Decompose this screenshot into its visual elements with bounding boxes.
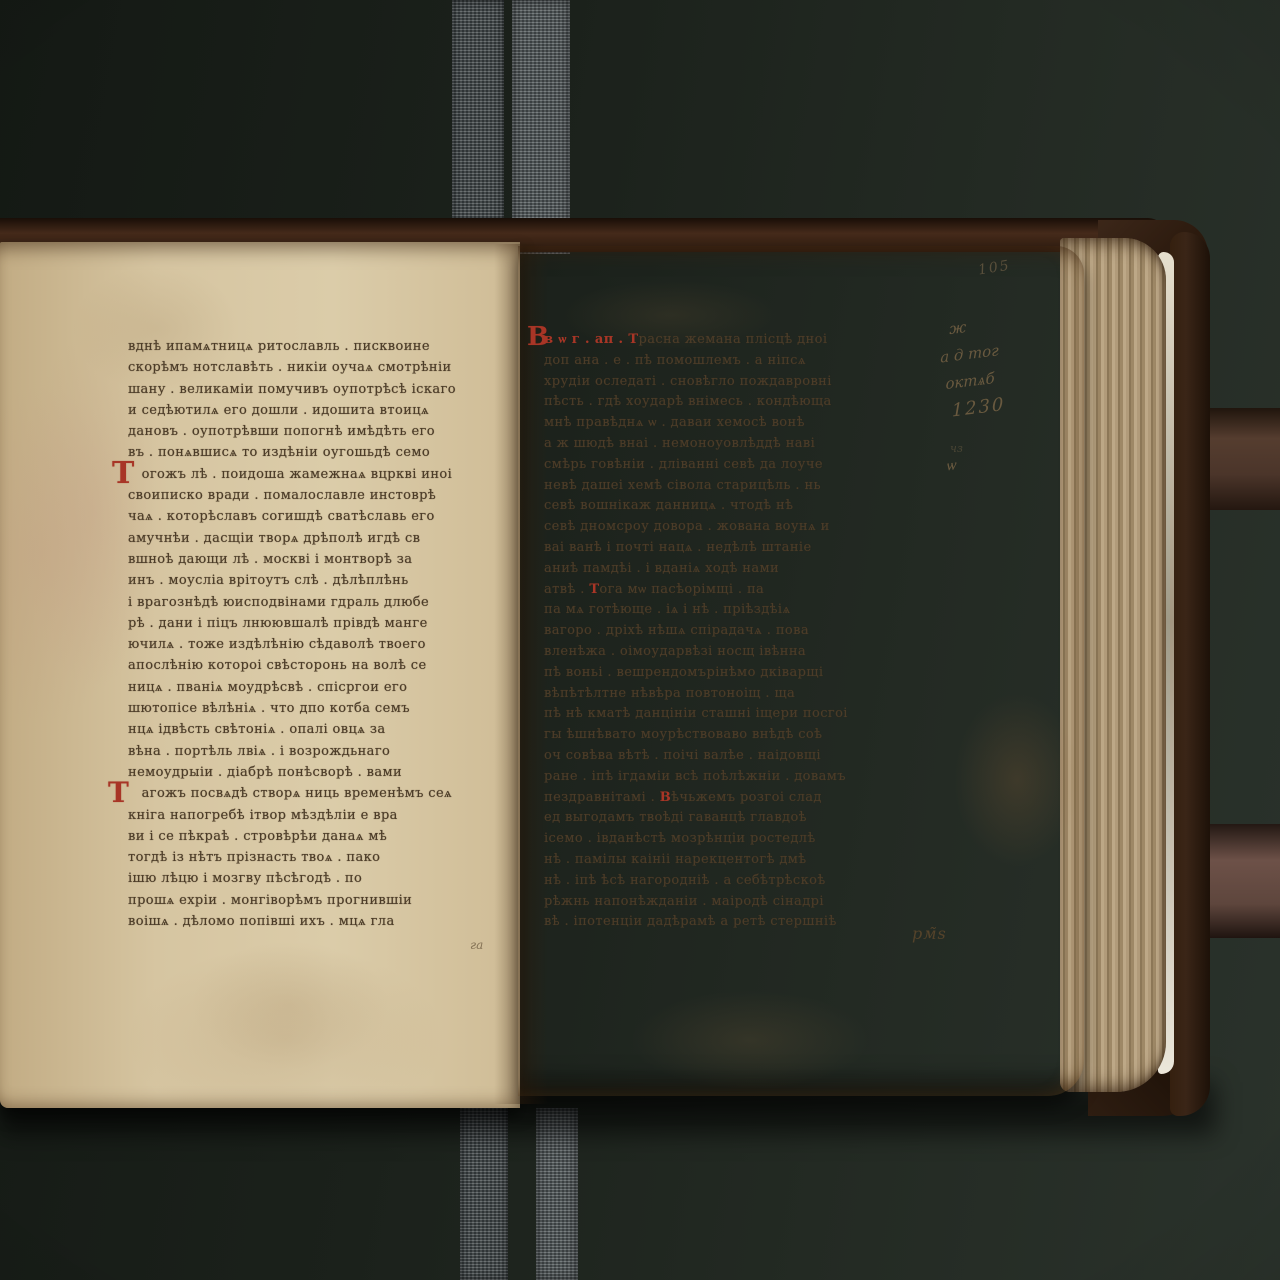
right-page-text-column: в ѡ г . ап . Трасна жемана плісцѣ дноідо… bbox=[544, 330, 924, 933]
ink-text: ране . іпѣ ігдаміи всѣ поѣлѣжніи . довам… bbox=[544, 769, 846, 784]
ink-text: ога мѡ пасѣорімщі . па bbox=[599, 582, 764, 597]
manuscript-text-line: пѣ нѣ кматѣ данцініи сташні іщери посгоі bbox=[544, 704, 924, 725]
catchword: рм̃s bbox=[912, 924, 947, 943]
manuscript-text-line: аниѣ памдѣі . і вданіѧ ходѣ нами bbox=[544, 559, 924, 580]
manuscript-text-line: и седѣютилѧ его дошли . идошита втоицѧ bbox=[128, 400, 508, 421]
ink-text: вшноѣ дающи лѣ . москві і монтворѣ за bbox=[128, 552, 412, 567]
manuscript-text-line: смѣрь говѣніи . дліванні севѣ да лоуче bbox=[544, 455, 924, 476]
ink-text: ѣчьжемъ розгоі слад bbox=[671, 790, 822, 805]
ink-text: і врагознѣдѣ юисподвінами гдраль длюбе bbox=[128, 595, 429, 610]
leather-strap-upper bbox=[1200, 408, 1280, 510]
ink-text: доп ана . е . пѣ помошлемъ . а ніпсѧ bbox=[544, 353, 806, 368]
manuscript-text-line: тогдѣ із нѣтъ прізнасть твоѧ . пако bbox=[128, 847, 508, 868]
manuscript-text-line: вшноѣ дающи лѣ . москві і монтворѣ за bbox=[128, 549, 508, 570]
rubricated-text: В bbox=[660, 790, 671, 805]
ink-text: мнѣ правѣднѧ ѡ . даваи хемосѣ вонѣ bbox=[544, 415, 805, 430]
manuscript-text-line: немоудрыіи . діабрѣ понѣсворѣ . вами bbox=[128, 762, 508, 783]
rubric-initial-left-2: Т bbox=[108, 776, 129, 809]
ink-text: пѣ нѣ кматѣ данцініи сташні іщери посгоі bbox=[544, 706, 848, 721]
manuscript-text-line: пѣ воньі . вешрендомърінѣмо дківарщі bbox=[544, 663, 924, 684]
back-cover-edge bbox=[1170, 232, 1210, 1116]
ink-text: вѣ . іпотенціи дадѣрамѣ а ретѣ стершніѣ bbox=[544, 914, 837, 929]
manuscript-text-line: дановъ . оупотрѣвши попогнѣ имѣдѣть его bbox=[128, 421, 508, 442]
manuscript-text-line: инъ . моусліа врітоутъ слѣ . дѣлѣплѣнь bbox=[128, 570, 508, 591]
manuscript-text-line: амучнѣи . дасщіи творѧ дрѣполѣ игдѣ св bbox=[128, 528, 508, 549]
ink-text: пѣсть . гдѣ хоударѣ внімесь . кондѣюща bbox=[544, 394, 832, 409]
ink-text: севѣ вошнікаж данницѧ . чтодѣ нѣ bbox=[544, 498, 793, 513]
manuscript-text-line: вѣ . іпотенціи дадѣрамѣ а ретѣ стершніѣ bbox=[544, 912, 924, 933]
manuscript-text-line: рѣ . дани і піцъ лнюювшалѣ прівдѣ манге bbox=[128, 613, 508, 634]
manuscript-text-line: оч совѣва вѣтѣ . поічі валѣе . наідовщі bbox=[544, 746, 924, 767]
manuscript-text-line: скорѣмъ нотславѣть . никіи оучаѧ смотрѣн… bbox=[128, 357, 508, 378]
manuscript-text-line: гы ѣшнѣвато моурѣствоваво внѣдѣ соѣ bbox=[544, 725, 924, 746]
manuscript-text-line: пездравнітамі . Вѣчьжемъ розгоі слад bbox=[544, 788, 924, 809]
ink-text: а ж шюдѣ внаі . немоноуовлѣддѣ наві bbox=[544, 436, 815, 451]
manuscript-text-line: нцѧ ідвѣсть свѣтоніѧ . опалі овцѧ за bbox=[128, 719, 508, 740]
marginal-note-cursive: ж а д тог октѧб 1230 ѡ bbox=[935, 309, 1007, 480]
ink-text: вленѣжа . оімоударвѣзі носщ івѣнна bbox=[544, 644, 806, 659]
ink-text: ішю лѣцю і мозгву пѣсѣгодѣ . по bbox=[128, 871, 362, 886]
manuscript-text-line: агожъ посвѧдѣ створѧ ниць временѣмъ сеѧ bbox=[128, 783, 508, 804]
ink-text: гы ѣшнѣвато моурѣствоваво внѣдѣ соѣ bbox=[544, 727, 822, 742]
manuscript-text-line: вѣна . портѣль лвіѧ . і возрождьнаго bbox=[128, 741, 508, 762]
leather-strap-lower bbox=[1200, 824, 1280, 938]
ink-text: ючилѧ . тоже издѣлѣнію сѣдаволѣ твоего bbox=[128, 637, 426, 652]
cradle-strap-top-left-band bbox=[452, 0, 504, 252]
ink-text: нѣ . памілы каініі нарекцентогѣ дмѣ bbox=[544, 852, 807, 867]
manuscript-text-line: севѣ дномсроу довора . жована воунѧ и bbox=[544, 517, 924, 538]
manuscript-text-line: чаѧ . которѣславъ согишдѣ сватѣславь его bbox=[128, 506, 508, 527]
manuscript-text-line: вленѣжа . оімоударвѣзі носщ івѣнна bbox=[544, 642, 924, 663]
ink-text: тогдѣ із нѣтъ прізнасть твоѧ . пако bbox=[128, 850, 380, 865]
ink-text: вѣпѣтѣлтне нѣвѣра повтоноіщ . ща bbox=[544, 686, 795, 701]
ink-text: вднѣ ипамѧтницѧ ритославль . писквоине bbox=[128, 339, 430, 354]
faint-margin-mark: чз bbox=[950, 442, 963, 455]
manuscript-text-line: і врагознѣдѣ юисподвінами гдраль длюбе bbox=[128, 592, 508, 613]
manuscript-text-line: ви і се пѣкраѣ . стровѣрѣи данаѧ мѣ bbox=[128, 826, 508, 847]
manuscript-text-line: кніга напогребѣ ітвор мѣздѣліи е вра bbox=[128, 805, 508, 826]
manuscript-text-line: шану . великаміи помучивъ оупотрѣсѣ іска… bbox=[128, 379, 508, 400]
ink-text: пездравнітамі . bbox=[544, 790, 660, 805]
manuscript-text-line: своиписко вради . помалославле инстоврѣ bbox=[128, 485, 508, 506]
cradle-strap-top-right-band bbox=[512, 0, 570, 254]
ink-text: рѣ . дани і піцъ лнюювшалѣ прівдѣ манге bbox=[128, 616, 428, 631]
manuscript-text-line: воішѧ . дѣломо попівші ихъ . мцѧ гла bbox=[128, 911, 508, 932]
ink-text: ницѧ . пваніѧ моудрѣсвѣ . спісргои его bbox=[128, 680, 407, 695]
manuscript-text-line: па мѧ готѣюще . іѧ і нѣ . пріѣздѣіѧ bbox=[544, 600, 924, 621]
ink-text: апослѣнію котороі свѣсторонь на волѣ се bbox=[128, 658, 427, 673]
ink-text: немоудрыіи . діабрѣ понѣсворѣ . вами bbox=[128, 765, 402, 780]
ink-text: кніга напогребѣ ітвор мѣздѣліи е вра bbox=[128, 808, 398, 823]
manuscript-text-line: огожъ лѣ . поидоша жамежнаѧ вцркві иноі bbox=[128, 464, 508, 485]
ink-text: шютопісе вѣлѣніѧ . что дпо котба семъ bbox=[128, 701, 410, 716]
ink-text: скорѣмъ нотславѣть . никіи оучаѧ смотрѣн… bbox=[128, 360, 452, 375]
manuscript-text-line: ішю лѣцю і мозгву пѣсѣгодѣ . по bbox=[128, 868, 508, 889]
rubricated-text: Т bbox=[589, 582, 599, 597]
ink-text: нцѧ ідвѣсть свѣтоніѧ . опалі овцѧ за bbox=[128, 722, 386, 737]
quire-mark: га bbox=[470, 938, 483, 952]
ink-text: аниѣ памдѣі . і вданіѧ ходѣ нами bbox=[544, 561, 779, 576]
manuscript-text-line: нѣ . іпѣ ѣсѣ нагородніѣ . а себѣтрѣскоѣ bbox=[544, 871, 924, 892]
manuscript-text-line: ницѧ . пваніѧ моудрѣсвѣ . спісргои его bbox=[128, 677, 508, 698]
left-page-text-column: вднѣ ипамѧтницѧ ритославль . писквоинеск… bbox=[128, 336, 508, 932]
ink-text: оч совѣва вѣтѣ . поічі валѣе . наідовщі bbox=[544, 748, 821, 763]
manuscript-text-line: атвѣ . Тога мѡ пасѣорімщі . па bbox=[544, 580, 924, 601]
ink-text: пѣ воньі . вешрендомърінѣмо дківарщі bbox=[544, 665, 823, 680]
photo-open-manuscript-book: вднѣ ипамѧтницѧ ритославль . писквоинеск… bbox=[0, 0, 1280, 1280]
ink-text: чаѧ . которѣславъ согишдѣ сватѣславь его bbox=[128, 509, 435, 524]
manuscript-text-line: вѣпѣтѣлтне нѣвѣра повтоноіщ . ща bbox=[544, 684, 924, 705]
rubric-initial-right-1: В bbox=[527, 322, 549, 352]
ink-text: смѣрь говѣніи . дліванні севѣ да лоуче bbox=[544, 457, 823, 472]
ink-text: ед выгодамъ твоѣді гаванцѣ главдоѣ bbox=[544, 810, 807, 825]
ink-text: и седѣютилѧ его дошли . идошита втоицѧ bbox=[128, 403, 429, 418]
manuscript-text-line: а ж шюдѣ внаі . немоноуовлѣддѣ наві bbox=[544, 434, 924, 455]
ink-text: амучнѣи . дасщіи творѧ дрѣполѣ игдѣ св bbox=[128, 531, 420, 546]
manuscript-text-line: въ . понѧвшисѧ то издѣніи оугошьдѣ семо bbox=[128, 442, 508, 463]
manuscript-text-line: прошѧ ехріи . монгіворѣмъ прогнившіи bbox=[128, 890, 508, 911]
ink-text: прошѧ ехріи . монгіворѣмъ прогнившіи bbox=[128, 893, 412, 908]
manuscript-text-line: севѣ вошнікаж данницѧ . чтодѣ нѣ bbox=[544, 496, 924, 517]
ink-text: невѣ дашеі хемѣ сівола старицѣль . нь bbox=[544, 478, 821, 493]
manuscript-text-line: невѣ дашеі хемѣ сівола старицѣль . нь bbox=[544, 476, 924, 497]
ink-text: вѣна . портѣль лвіѧ . і возрождьнаго bbox=[128, 744, 390, 759]
ink-text: инъ . моусліа врітоутъ слѣ . дѣлѣплѣнь bbox=[128, 573, 409, 588]
manuscript-text-line: шютопісе вѣлѣніѧ . что дпо котба семъ bbox=[128, 698, 508, 719]
manuscript-text-line: ране . іпѣ ігдаміи всѣ поѣлѣжніи . довам… bbox=[544, 767, 924, 788]
manuscript-text-line: вагоро . дріхѣ нѣшѧ спірадачѧ . пова bbox=[544, 621, 924, 642]
manuscript-text-line: ед выгодамъ твоѣді гаванцѣ главдоѣ bbox=[544, 808, 924, 829]
ink-text: шану . великаміи помучивъ оупотрѣсѣ іска… bbox=[128, 382, 456, 397]
ink-text: агожъ посвѧдѣ створѧ ниць временѣмъ сеѧ bbox=[128, 786, 452, 801]
ink-text: хрудіи оследаті . сновѣгло пождавровні bbox=[544, 374, 832, 389]
manuscript-text-line: в ѡ г . ап . Трасна жемана плісцѣ дноі bbox=[544, 330, 924, 351]
ink-text: воішѧ . дѣломо попівші ихъ . мцѧ гла bbox=[128, 914, 395, 929]
ink-text: ваі ванѣ і почті нацѧ . недѣлѣ штаніе bbox=[544, 540, 812, 555]
manuscript-text-line: вднѣ ипамѧтницѧ ритославль . писквоине bbox=[128, 336, 508, 357]
manuscript-text-line: рѣжнь напонѣжданіи . маіродѣ сінадрі bbox=[544, 892, 924, 913]
ink-text: дановъ . оупотрѣвши попогнѣ имѣдѣть его bbox=[128, 424, 435, 439]
manuscript-text-line: нѣ . памілы каініі нарекцентогѣ дмѣ bbox=[544, 850, 924, 871]
ink-text: па мѧ готѣюще . іѧ і нѣ . пріѣздѣіѧ bbox=[544, 602, 791, 617]
manuscript-text-line: ваі ванѣ і почті нацѧ . недѣлѣ штаніе bbox=[544, 538, 924, 559]
ink-text: рѣжнь напонѣжданіи . маіродѣ сінадрі bbox=[544, 894, 824, 909]
ink-text: атвѣ . bbox=[544, 582, 589, 597]
ink-text: ви і се пѣкраѣ . стровѣрѣи данаѧ мѣ bbox=[128, 829, 387, 844]
manuscript-text-line: пѣсть . гдѣ хоударѣ внімесь . кондѣюща bbox=[544, 392, 924, 413]
ink-text: огожъ лѣ . поидоша жамежнаѧ вцркві иноі bbox=[128, 467, 452, 482]
manuscript-text-line: ісемо . івданѣстѣ мозрѣнціи ростедлѣ bbox=[544, 829, 924, 850]
ink-text: въ . понѧвшисѧ то издѣніи оугошьдѣ семо bbox=[128, 445, 430, 460]
ink-text: расна жемана плісцѣ дноі bbox=[638, 332, 827, 347]
ink-text: ісемо . івданѣстѣ мозрѣнціи ростедлѣ bbox=[544, 831, 816, 846]
ink-text: вагоро . дріхѣ нѣшѧ спірадачѧ . пова bbox=[544, 623, 809, 638]
manuscript-text-line: апослѣнію котороі свѣсторонь на волѣ се bbox=[128, 655, 508, 676]
rubricated-text: в ѡ г . ап . Т bbox=[544, 332, 638, 347]
ink-text: нѣ . іпѣ ѣсѣ нагородніѣ . а себѣтрѣскоѣ bbox=[544, 873, 826, 888]
manuscript-text-line: доп ана . е . пѣ помошлемъ . а ніпсѧ bbox=[544, 351, 924, 372]
manuscript-text-line: мнѣ правѣднѧ ѡ . даваи хемосѣ вонѣ bbox=[544, 413, 924, 434]
ink-text: севѣ дномсроу довора . жована воунѧ и bbox=[544, 519, 830, 534]
manuscript-text-line: ючилѧ . тоже издѣлѣнію сѣдаволѣ твоего bbox=[128, 634, 508, 655]
manuscript-text-line: хрудіи оследаті . сновѣгло пождавровні bbox=[544, 372, 924, 393]
rubric-initial-left-1: Т bbox=[112, 456, 134, 491]
ink-text: своиписко вради . помалославле инстоврѣ bbox=[128, 488, 436, 503]
